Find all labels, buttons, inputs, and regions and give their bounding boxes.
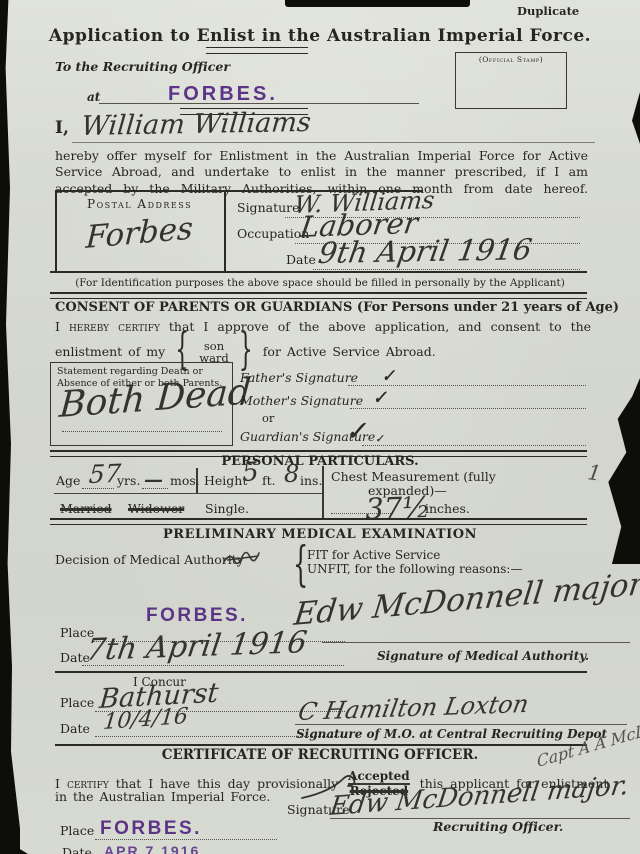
title-underline xyxy=(206,47,308,54)
date-stamp-recruiting: APR 7 1916 xyxy=(104,843,200,854)
signature-label: Signature xyxy=(237,201,300,215)
concur-date-handwriting: 10/4/16 xyxy=(102,704,189,735)
ins-label: ins. xyxy=(300,474,322,488)
consent-heading: CONSENT OF PARENTS OR GUARDIANS (For Per… xyxy=(55,301,619,315)
widower-option: Widower xyxy=(128,502,184,516)
enlistment-form-scan: Duplicate Application to Enlist in the A… xyxy=(0,0,640,854)
parents-statement-line xyxy=(62,430,222,432)
recruiting-date-label: Date xyxy=(62,846,92,854)
fit-line: FIT for Active Service xyxy=(307,549,440,562)
medical-date-line xyxy=(82,664,344,666)
postal-address-label: Postal Address xyxy=(87,198,192,211)
guardian-signature-line xyxy=(362,444,586,446)
medical-date-handwriting: 7th April 1916 xyxy=(84,625,309,668)
chest-label-line1: Chest Measurement (fully xyxy=(331,470,496,484)
or-label: or xyxy=(262,412,274,425)
duplicate-label: Duplicate xyxy=(517,5,579,18)
mother-checkmark: ✓ xyxy=(372,387,390,409)
ft-label: ft. xyxy=(262,474,276,488)
mother-signature-line xyxy=(350,407,586,409)
identification-note: (For Identification purposes the above s… xyxy=(75,278,565,290)
medical-brace: { xyxy=(293,536,308,592)
section-rule-1 xyxy=(50,292,587,299)
pen-scribble xyxy=(222,548,268,568)
consent-line2: enlistment of my { son ward } for Active… xyxy=(55,340,436,364)
particulars-row-line xyxy=(54,492,322,494)
applicant-name-handwriting: William Williams xyxy=(80,107,312,142)
height-label: Height xyxy=(204,474,247,488)
identification-top-line xyxy=(50,271,587,273)
consent-rest: that I approve of the above application,… xyxy=(169,319,591,334)
concur-date-label: Date xyxy=(60,722,90,736)
unfit-line: UNFIT, for the following reasons:— xyxy=(307,563,522,576)
married-option: Married xyxy=(60,502,112,516)
scan-edge-right-notch xyxy=(632,92,640,144)
official-stamp-label: (Official Stamp) xyxy=(456,56,566,64)
margin-mark-1: 1 xyxy=(586,460,603,486)
medical-heading: PRELIMINARY MEDICAL EXAMINATION xyxy=(163,528,477,542)
recruiting-certify-line2: in the Australian Imperial Force. xyxy=(55,790,270,804)
concur-place-label: Place xyxy=(60,696,94,710)
scan-edge-left xyxy=(0,0,20,854)
recruiting-heading: CERTIFICATE OF RECRUITING OFFICER. xyxy=(162,748,479,763)
height-in-handwriting: 8 xyxy=(284,460,299,488)
section-rule-3 xyxy=(50,518,587,525)
mo-signature-line xyxy=(295,723,627,725)
concur-top-line xyxy=(55,671,587,673)
place-stamp-recruiting: FORBES. xyxy=(100,818,202,840)
son-ward-stack: son ward xyxy=(199,340,229,364)
place-stamp-medical: FORBES. xyxy=(146,605,248,627)
medical-signature-line xyxy=(322,641,630,643)
mo-signature: C Hamilton Loxton xyxy=(296,690,531,726)
consent-i: I xyxy=(55,319,60,334)
date-line xyxy=(313,268,580,270)
age-line xyxy=(82,487,114,489)
particulars-divider-2 xyxy=(322,466,324,518)
date-label: Date xyxy=(286,253,316,267)
father-signature-label: Father's Signature xyxy=(240,371,358,385)
inches-label: inches. xyxy=(425,502,470,516)
recruiting-top-line xyxy=(55,744,587,746)
yrs-label: yrs. xyxy=(117,474,140,488)
mos-dash-handwriting: — xyxy=(144,469,163,491)
particulars-divider-1 xyxy=(196,468,198,493)
recruiting-place-line xyxy=(95,838,277,840)
decision-label: Decision of Medical Authority xyxy=(55,553,244,567)
scan-edge-right-torn xyxy=(604,378,640,564)
age-label: Age xyxy=(56,474,80,488)
date-handwriting: 9th April 1916 xyxy=(316,232,534,270)
mo-signature-caption: Signature of M.O. at Central Recruiting … xyxy=(296,728,607,741)
consent-enlist-pre: enlistment of my xyxy=(55,345,165,359)
place-stamp-top: FORBES. xyxy=(168,83,278,106)
official-stamp-box: (Official Stamp) xyxy=(455,52,567,109)
consent-line1: I hereby certify that I approve of the a… xyxy=(55,320,591,334)
father-checkmark: ✓ xyxy=(381,365,398,386)
medical-signature-caption: Signature of Medical Authority. xyxy=(377,650,589,663)
form-title: Application to Enlist in the Australian … xyxy=(49,27,591,46)
height-ft-handwriting: 5 xyxy=(241,457,259,488)
recruiting-place-label: Place xyxy=(60,824,94,838)
recruiting-officer-caption: Recruiting Officer. xyxy=(433,820,563,834)
to-recruiting-officer: To the Recruiting Officer xyxy=(55,60,230,74)
mother-signature-label: Mother's Signature xyxy=(240,394,363,408)
i-label: I, xyxy=(55,119,69,138)
scan-edge-top-bar xyxy=(285,0,470,7)
name-line xyxy=(72,141,595,143)
consent-certify-caps: hereby certify xyxy=(69,319,160,334)
consent-enlist-post: for Active Service Abroad. xyxy=(263,345,436,359)
single-option: Single. xyxy=(205,502,249,516)
